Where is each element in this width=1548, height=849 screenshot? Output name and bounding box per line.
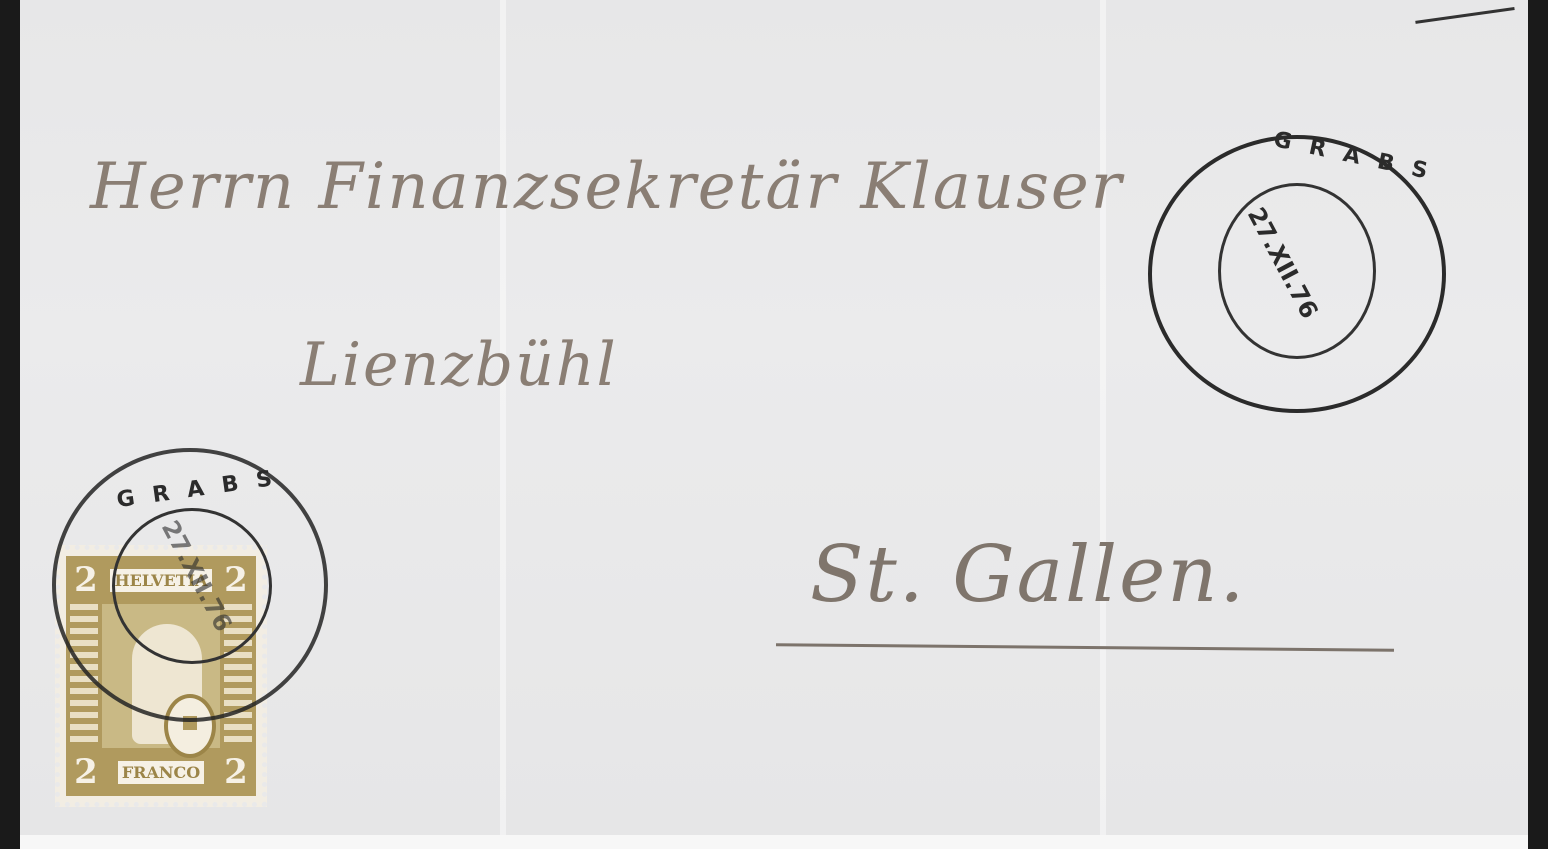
stamp-bottom-row: 2 FRANCO 2 bbox=[66, 752, 256, 792]
mourning-border-left bbox=[0, 0, 20, 849]
fold-line bbox=[500, 0, 506, 835]
postmark-town: GRABS bbox=[115, 464, 291, 513]
postmark-right: GRABS 27.XII.76 bbox=[1148, 135, 1446, 413]
address-line-2: Lienzbühl bbox=[300, 330, 618, 400]
fold-line bbox=[1100, 0, 1106, 835]
stamp-label: FRANCO bbox=[118, 761, 204, 784]
stamp-value: 2 bbox=[66, 752, 106, 792]
letter-cover: Herrn Finanzsekretär Klauser Lienzbühl S… bbox=[0, 0, 1548, 849]
mourning-border-right bbox=[1528, 0, 1548, 849]
bottom-edge bbox=[20, 835, 1528, 849]
address-city: St. Gallen. bbox=[810, 530, 1246, 620]
address-line-1: Herrn Finanzsekretär Klauser bbox=[90, 150, 1123, 224]
stamp-value: 2 bbox=[216, 752, 256, 792]
postmark-cancel: GRABS 27.XII.76 bbox=[52, 448, 328, 722]
